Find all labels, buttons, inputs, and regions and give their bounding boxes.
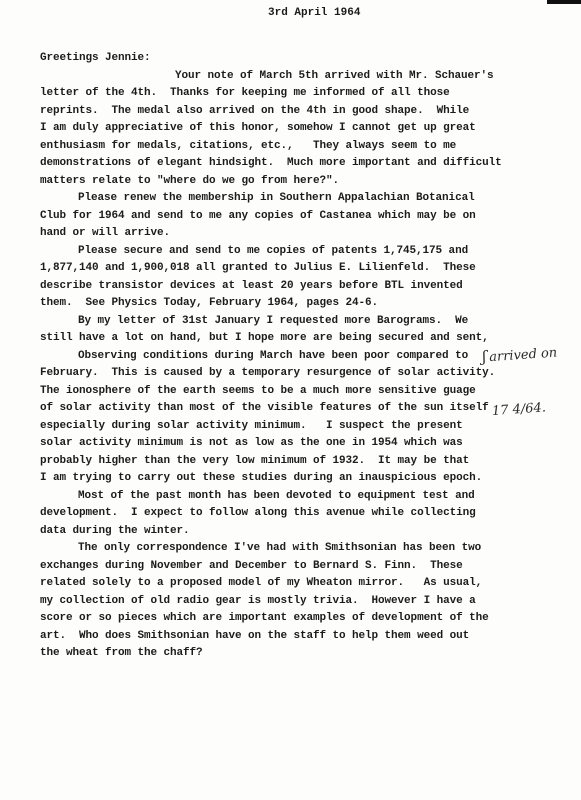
- letter-line: Club for 1964 and send to me any copies …: [40, 208, 515, 226]
- letter-line: especially during solar activity minimum…: [40, 418, 515, 436]
- letter-line: I am trying to carry out these studies d…: [40, 470, 515, 488]
- letter-line: probably higher than the very low minimu…: [40, 453, 515, 471]
- letter-line: of solar activity than most of the visib…: [40, 400, 515, 418]
- letter-line: demonstrations of elegant hindsight. Muc…: [40, 155, 515, 173]
- letter-line: Please renew the membership in Southern …: [40, 190, 515, 208]
- scan-artifact-bar: [547, 0, 581, 4]
- letter-line: score or so pieces which are important e…: [40, 610, 515, 628]
- letter-line: hand or will arrive.: [40, 225, 515, 243]
- letter-line: my collection of old radio gear is mostl…: [40, 593, 515, 611]
- letter-line: development. I expect to follow along th…: [40, 505, 515, 523]
- letter-line: data during the winter.: [40, 523, 515, 541]
- paragraph: Please renew the membership in Southern …: [40, 190, 515, 243]
- letter-date: 3rd April 1964: [268, 7, 360, 19]
- letter-line: solar activity minimum is not as low as …: [40, 435, 515, 453]
- letter-body: Greetings Jennie: Your note of March 5th…: [40, 50, 515, 663]
- paragraph: By my letter of 31st January I requested…: [40, 313, 515, 348]
- letter-line: Your note of March 5th arrived with Mr. …: [40, 68, 515, 86]
- paragraph: Observing conditions during March have b…: [40, 348, 515, 488]
- letter-line: exchanges during November and December t…: [40, 558, 515, 576]
- letter-line: describe transistor devices at least 20 …: [40, 278, 515, 296]
- handwritten-annotation-line1: ʃarrived on: [482, 342, 558, 367]
- letter-line: Most of the past month has been devoted …: [40, 488, 515, 506]
- letter-page: 3rd April 1964 Greetings Jennie: Your no…: [0, 0, 581, 800]
- letter-line: The ionosphere of the earth seems to be …: [40, 383, 515, 401]
- letter-line: Observing conditions during March have b…: [40, 348, 515, 366]
- paragraph: Please secure and send to me copies of p…: [40, 243, 515, 313]
- paragraph: The only correspondence I've had with Sm…: [40, 540, 515, 663]
- letter-line: the wheat from the chaff?: [40, 645, 515, 663]
- letter-line: letter of the 4th. Thanks for keeping me…: [40, 85, 515, 103]
- letter-line: The only correspondence I've had with Sm…: [40, 540, 515, 558]
- handwritten-annotation-line2: 17 4/64.: [485, 398, 561, 421]
- salutation: Greetings Jennie:: [40, 50, 515, 68]
- handwritten-annotation: ʃarrived on 17 4/64.: [479, 307, 564, 458]
- letter-line: matters relate to "where do we go from h…: [40, 173, 515, 191]
- letter-line: still have a lot on hand, but I hope mor…: [40, 330, 515, 348]
- letter-line: February. This is caused by a temporary …: [40, 365, 515, 383]
- paragraph: Your note of March 5th arrived with Mr. …: [40, 68, 515, 191]
- letter-line: enthusiasm for medals, citations, etc., …: [40, 138, 515, 156]
- letter-line: Please secure and send to me copies of p…: [40, 243, 515, 261]
- letter-line: art. Who does Smithsonian have on the st…: [40, 628, 515, 646]
- paragraph: Most of the past month has been devoted …: [40, 488, 515, 541]
- letter-line: related solely to a proposed model of my…: [40, 575, 515, 593]
- letter-line: I am duly appreciative of this honor, so…: [40, 120, 515, 138]
- letter-line: reprints. The medal also arrived on the …: [40, 103, 515, 121]
- insertion-mark: ʃ: [482, 347, 487, 365]
- letter-line: By my letter of 31st January I requested…: [40, 313, 515, 331]
- handwritten-text: arrived on: [489, 345, 558, 365]
- letter-line: them. See Physics Today, February 1964, …: [40, 295, 515, 313]
- letter-line: 1,877,140 and 1,900,018 all granted to J…: [40, 260, 515, 278]
